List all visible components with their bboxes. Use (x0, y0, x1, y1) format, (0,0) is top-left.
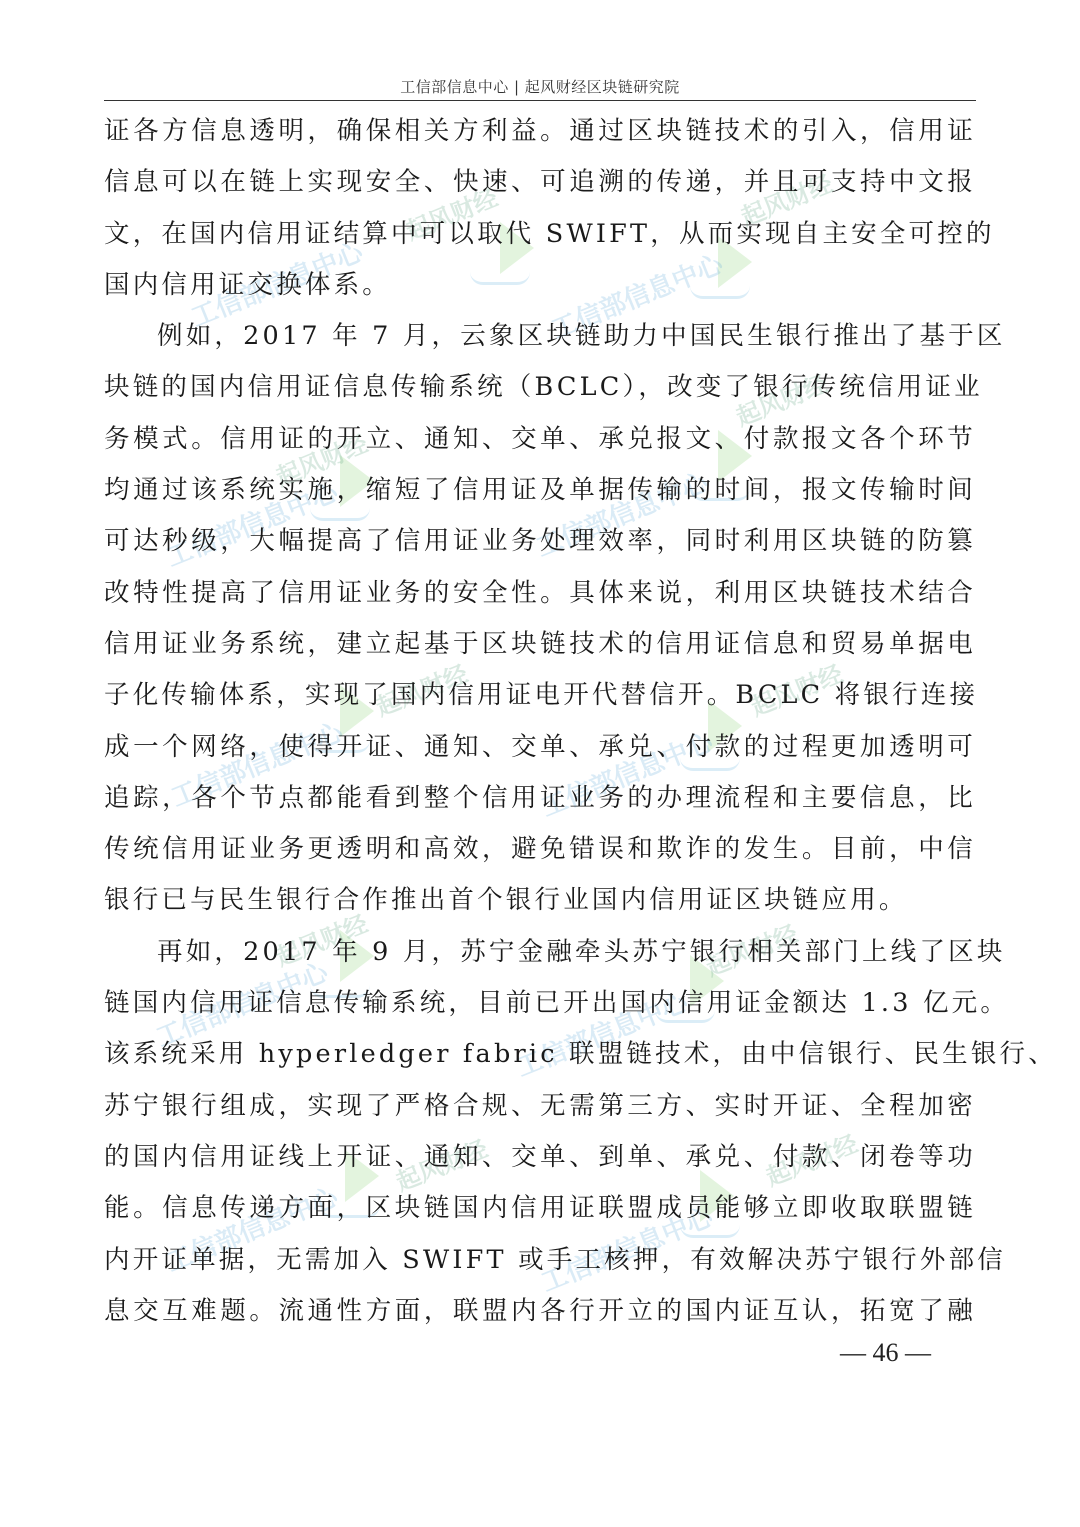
text-line: 息交互难题。流通性方面，联盟内各行开立的国内证互认，拓宽了融 (104, 1286, 976, 1337)
document-body: 证各方信息透明，确保相关方利益。通过区块链技术的引入，信用证 信息可以在链上实现… (104, 106, 976, 1337)
text-line: 例如，2017 年 7 月，云象区块链助力中国民生银行推出了基于区 (104, 311, 976, 362)
text-line: 改特性提高了信用证业务的安全性。具体来说，利用区块链技术结合 (104, 568, 976, 619)
text-line: 成一个网络，使得开证、通知、交单、承兑、付款的过程更加透明可 (104, 722, 976, 773)
paragraph-1: 证各方信息透明，确保相关方利益。通过区块链技术的引入，信用证 信息可以在链上实现… (104, 106, 976, 311)
text-line: 苏宁银行组成，实现了严格合规、无需第三方、实时开证、全程加密 (104, 1081, 976, 1132)
text-line: 可达秒级，大幅提高了信用证业务处理效率，同时利用区块链的防篡 (104, 516, 976, 567)
text-line: 块链的国内信用证信息传输系统（BCLC），改变了银行传统信用证业 (104, 362, 976, 413)
text-line: 务模式。信用证的开立、通知、交单、承兑报文、付款报文各个环节 (104, 414, 976, 465)
text-line: 信用证业务系统，建立起基于区块链技术的信用证信息和贸易单据电 (104, 619, 976, 670)
text-line: 证各方信息透明，确保相关方利益。通过区块链技术的引入，信用证 (104, 106, 976, 157)
text-line: 能。信息传递方面，区块链国内信用证联盟成员能够立即收取联盟链 (104, 1183, 976, 1234)
text-line: 该系统采用 hyperledger fabric 联盟链技术，由中信银行、民生银… (104, 1029, 976, 1080)
header-divider (104, 100, 976, 101)
paragraph-3: 再如，2017 年 9 月，苏宁金融牵头苏宁银行相关部门上线了区块 链国内信用证… (104, 927, 976, 1337)
text-line: 国内信用证交换体系。 (104, 260, 976, 311)
running-header: 工信部信息中心 | 起风财经区块链研究院 (104, 76, 976, 97)
text-line: 信息可以在链上实现安全、快速、可追溯的传递，并且可支持中文报 (104, 157, 976, 208)
text-line: 再如，2017 年 9 月，苏宁金融牵头苏宁银行相关部门上线了区块 (104, 927, 976, 978)
text-line: 链国内信用证信息传输系统，目前已开出国内信用证金额达 1.3 亿元。 (104, 978, 976, 1029)
text-line: 追踪，各个节点都能看到整个信用证业务的办理流程和主要信息，比 (104, 773, 976, 824)
text-line: 内开证单据，无需加入 SWIFT 或手工核押，有效解决苏宁银行外部信 (104, 1235, 976, 1286)
text-line: 文，在国内信用证结算中可以取代 SWIFT，从而实现自主安全可控的 (104, 209, 976, 260)
page-number: — 46 — (840, 1338, 980, 1368)
text-line: 传统信用证业务更透明和高效，避免错误和欺诈的发生。目前，中信 (104, 824, 976, 875)
text-line: 银行已与民生银行合作推出首个银行业国内信用证区块链应用。 (104, 875, 976, 926)
paragraph-2: 例如，2017 年 7 月，云象区块链助力中国民生银行推出了基于区 块链的国内信… (104, 311, 976, 927)
text-line: 的国内信用证线上开证、通知、交单、到单、承兑、付款、闭卷等功 (104, 1132, 976, 1183)
text-line: 子化传输体系，实现了国内信用证电开代替信开。BCLC 将银行连接 (104, 670, 976, 721)
text-line: 均通过该系统实施，缩短了信用证及单据传输的时间，报文传输时间 (104, 465, 976, 516)
